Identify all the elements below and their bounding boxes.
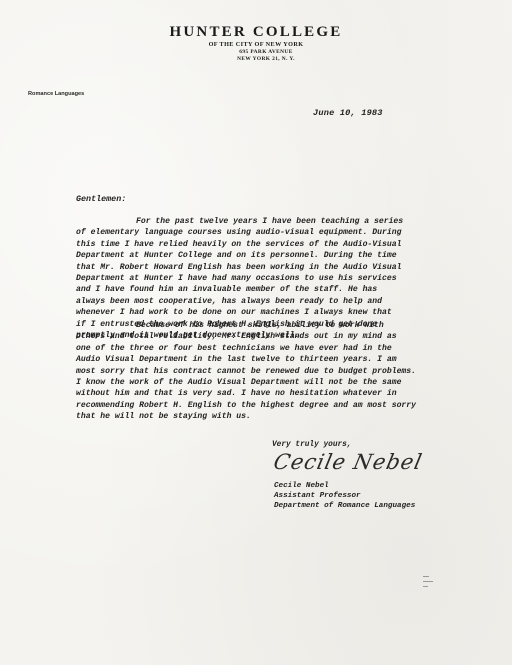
body-line: Department at Hunter College and on its …: [76, 250, 441, 261]
body-line: one of the three or four best technician…: [76, 343, 441, 354]
body-line: most sorry that his contract cannot be r…: [76, 366, 441, 377]
body-line: Department at Hunter I have had many occ…: [76, 273, 441, 284]
closing: Very truly yours,: [272, 441, 352, 449]
body-line: that Mr. Robert Howard English has been …: [76, 262, 441, 273]
body-line: and I have found him an invaluable membe…: [76, 284, 441, 295]
body-line: For the past twelve years I have been te…: [76, 216, 441, 227]
institution-name: HUNTER COLLEGE: [0, 24, 512, 41]
body-line: others and total reliability, Mr. Englis…: [76, 331, 441, 342]
body-paragraph-2: Because of his highest skills, ability t…: [76, 320, 441, 423]
body-line: of elementary language courses using aud…: [76, 227, 441, 238]
body-line: Because of his highest skills, ability t…: [76, 320, 441, 331]
body-line: always been most cooperative, has always…: [76, 296, 441, 307]
body-line: I know the work of the Audio Visual Depa…: [76, 377, 441, 388]
signatory-department: Department of Romance Languages: [274, 501, 415, 511]
signatory-title: Assistant Professor: [274, 491, 415, 501]
signature-block: Cecile Nebel Assistant Professor Departm…: [274, 481, 415, 511]
letterhead: HUNTER COLLEGE OF THE CITY OF NEW YORK 6…: [0, 24, 512, 63]
institution-subtitle: OF THE CITY OF NEW YORK: [0, 41, 512, 49]
body-line: Audio Visual Department in the last twel…: [76, 354, 441, 365]
letter-page: HUNTER COLLEGE OF THE CITY OF NEW YORK 6…: [0, 0, 512, 665]
address-line-2: NEW YORK 21, N. Y.: [20, 56, 512, 63]
letter-date: June 10, 1983: [313, 108, 383, 118]
body-line: this time I have relied heavily on the s…: [76, 239, 441, 250]
body-line: that he will not be staying with us.: [76, 411, 441, 422]
body-line: whenever I had work to be done on our ma…: [76, 307, 441, 318]
handwritten-signature: Cecile Nebel: [271, 450, 424, 474]
salutation: Gentlemen:: [76, 194, 126, 204]
stray-marks: [423, 576, 435, 590]
address-line-1: 695 PARK AVENUE: [20, 49, 512, 56]
body-line: without him and that is very sad. I have…: [76, 388, 441, 399]
department-label: Romance Languages: [28, 91, 84, 97]
signatory-name: Cecile Nebel: [274, 481, 415, 491]
body-line: recommending Robert H. English to the hi…: [76, 400, 441, 411]
